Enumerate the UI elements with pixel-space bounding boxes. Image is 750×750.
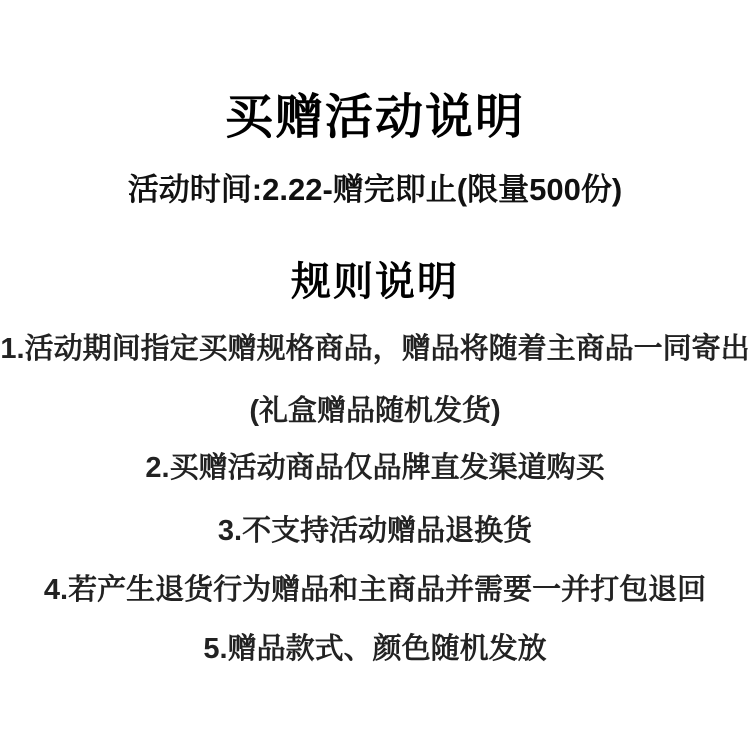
poster-title: 买赠活动说明 <box>0 78 750 147</box>
rule-item-1-note: (礼盒赠品随机发货) <box>0 388 750 429</box>
rule-item-4: 4.若产生退货行为赠品和主商品并需要一并打包退回 <box>0 567 750 608</box>
rule-item-3: 3.不支持活动赠品退换货 <box>0 508 750 549</box>
rule-item-5: 5.赠品款式、颜色随机发放 <box>0 626 750 667</box>
rules-heading: 规则说明 <box>0 250 750 307</box>
rule-item-2: 2.买赠活动商品仅品牌直发渠道购买 <box>0 445 750 486</box>
activity-time-text: 活动时间:2.22-赠完即止(限量500份) <box>0 164 750 209</box>
rule-item-1: 1.活动期间指定买赠规格商品，赠品将随着主商品一同寄出 <box>0 326 750 367</box>
promo-poster: 买赠活动说明 活动时间:2.22-赠完即止(限量500份) 规则说明 1.活动期… <box>0 0 750 750</box>
